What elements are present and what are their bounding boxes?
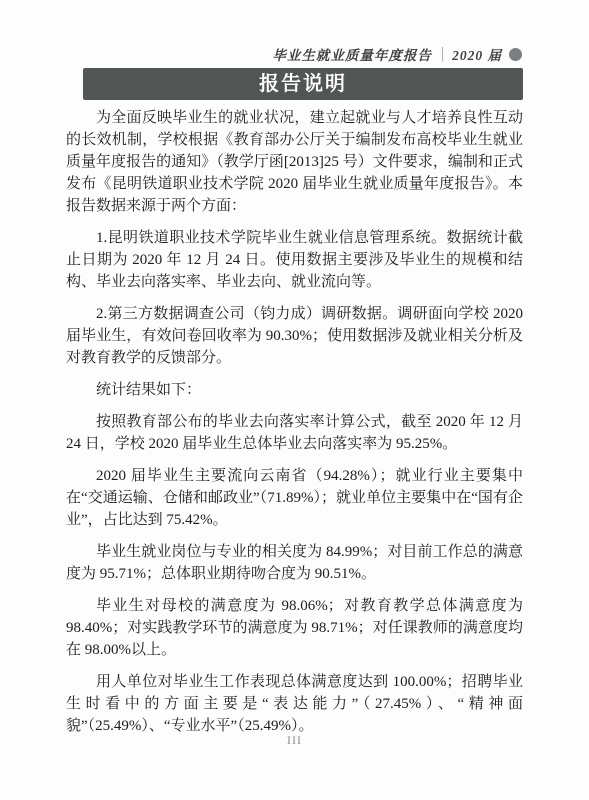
- header-cohort: 2020 届: [452, 44, 502, 64]
- paragraph-employment-flow: 2020 届毕业生主要流向云南省（94.28%）；就业行业主要集中在“交通运输、…: [66, 465, 523, 531]
- paragraph-employment-rate: 按照教育部公布的毕业去向落实率计算公式，截至 2020 年 12 月 24 日，…: [66, 411, 523, 455]
- running-head: 毕业生就业质量年度报告 | 2020 届: [272, 44, 522, 64]
- header-dot-icon: [509, 48, 522, 61]
- paragraph-results-lead: 统计结果如下：: [66, 379, 523, 401]
- report-body: 为全面反映毕业生的就业状况，建立起就业与人才培养良性互动的长效机制，学校根据《教…: [66, 107, 523, 747]
- paragraph-satisfaction: 毕业生对母校的满意度为 98.06%；对教育教学总体满意度为 98.40%；对实…: [66, 595, 523, 661]
- page-footer: III: [0, 731, 589, 749]
- paragraph-employer-feedback: 用人单位对毕业生工作表现总体满意度达到 100.00%；招聘毕业生时看中的方面主…: [66, 671, 523, 737]
- paragraph-source-1: 1.昆明铁道职业技术学院毕业生就业信息管理系统。数据统计截止日期为 2020 年…: [66, 227, 523, 293]
- report-page: 毕业生就业质量年度报告 | 2020 届 报告说明 为全面反映毕业生的就业状况，…: [0, 0, 589, 800]
- page-number: III: [287, 733, 302, 747]
- section-title: 报告说明: [259, 74, 347, 94]
- paragraph-intro: 为全面反映毕业生的就业状况，建立起就业与人才培养良性互动的长效机制，学校根据《教…: [66, 107, 523, 217]
- section-title-bar: 报告说明: [83, 68, 523, 100]
- header-separator: |: [441, 46, 445, 62]
- running-head-title: 毕业生就业质量年度报告: [272, 44, 432, 64]
- paragraph-job-relevance: 毕业生就业岗位与专业的相关度为 84.99%；对目前工作总的满意度为 95.71…: [66, 541, 523, 585]
- paragraph-source-2: 2.第三方数据调查公司（钧力成）调研数据。调研面向学校 2020 届毕业生，有效…: [66, 303, 523, 369]
